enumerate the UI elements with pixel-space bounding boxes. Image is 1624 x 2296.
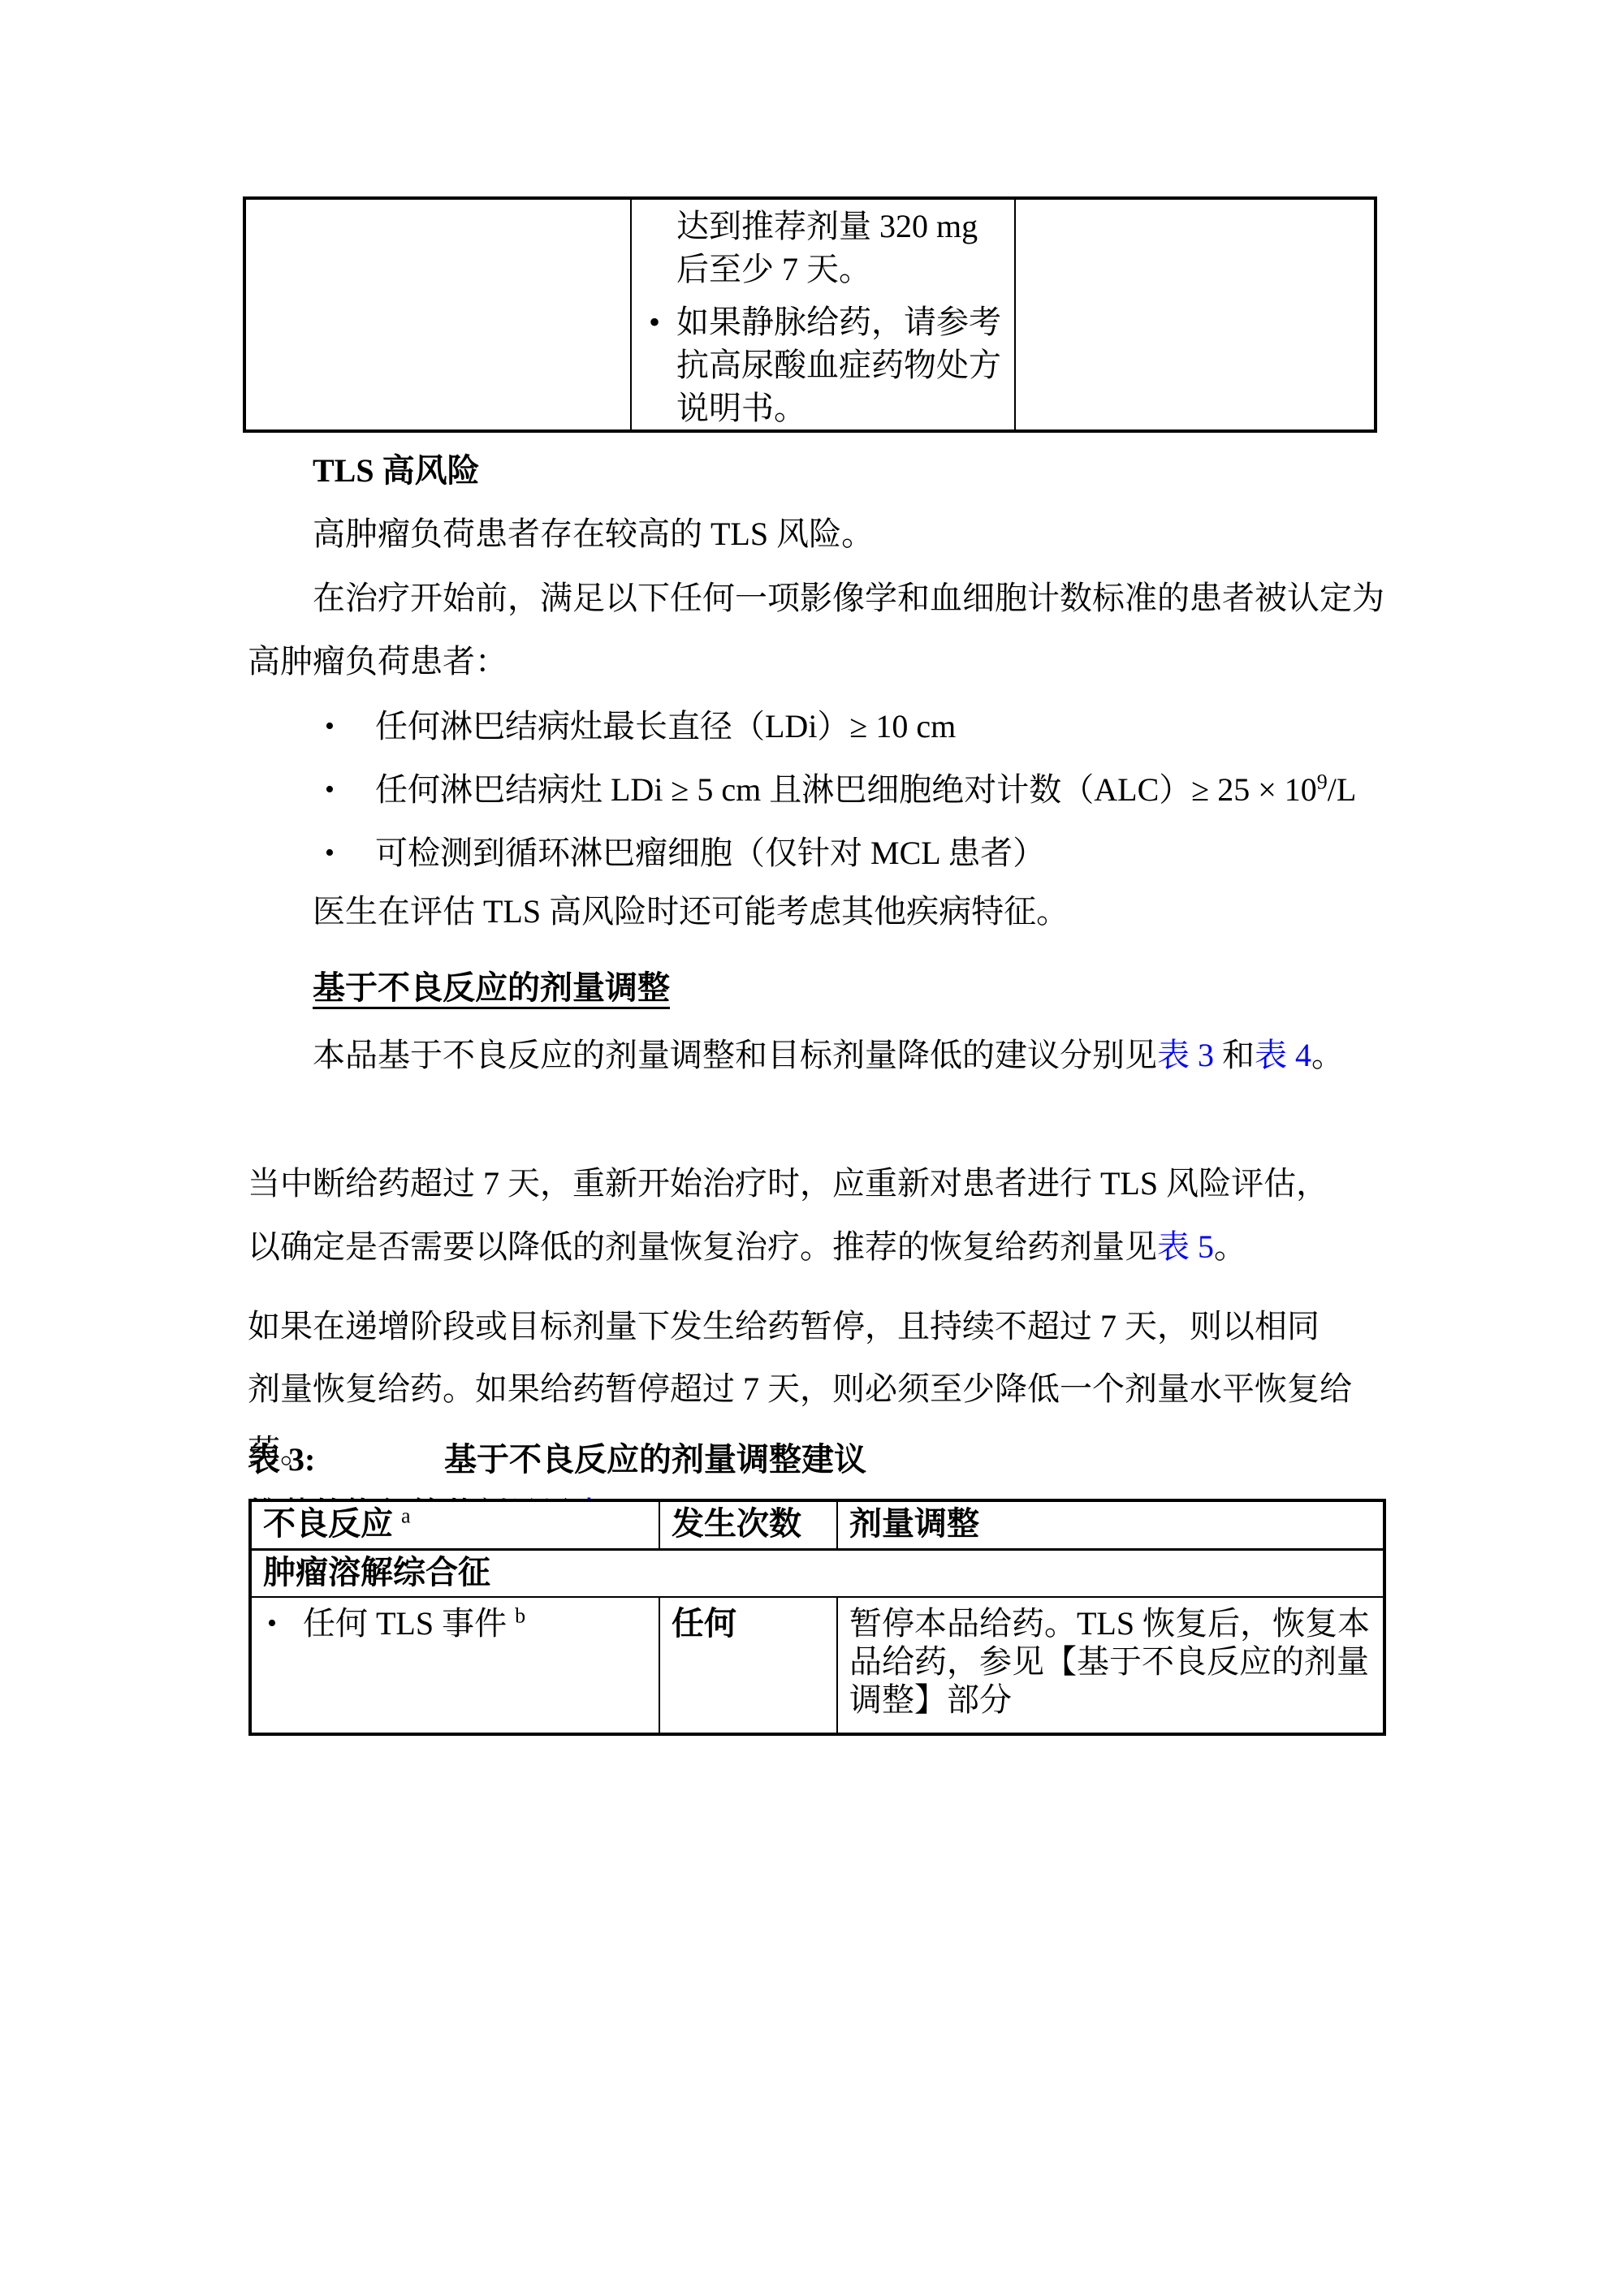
table-3-cell-occurrence: 任何	[659, 1597, 837, 1734]
continued-table-row: 达到推荐剂量 320 mg 后至少 7 天。 如果静脉给药，请参考 抗高尿酸血症…	[244, 198, 1376, 431]
cell-text: 任何 TLS 事件	[303, 1605, 515, 1642]
table-3-caption: 表 3:基于不良反应的剂量调整建议	[248, 1427, 1386, 1492]
document-page: 达到推荐剂量 320 mg 后至少 7 天。 如果静脉给药，请参考 抗高尿酸血症…	[0, 0, 1624, 2296]
footnote-a-marker: a	[401, 1504, 411, 1528]
footnote-b-marker: b	[515, 1604, 525, 1628]
exponent-9: 9	[1317, 770, 1328, 794]
dose-modification-heading: 基于不良反应的剂量调整	[248, 956, 1451, 1021]
iv-dosing-bullet: 如果静脉给药，请参考 抗高尿酸血症药物处方 说明书。	[647, 300, 1008, 429]
criteria-bullet-mcl: 可检测到循环淋巴瘤细胞（仅针对 MCL 患者）	[248, 822, 1386, 885]
table-3-cell-tls-event: 任何 TLS 事件 b	[250, 1597, 659, 1734]
table-3-subheader-tls: 肿瘤溶解综合征	[250, 1550, 1384, 1598]
table-3-subheader-row: 肿瘤溶解综合征	[250, 1550, 1384, 1598]
table-3-caption-title: 基于不良反应的剂量调整建议	[444, 1441, 866, 1478]
dose-modification-heading-text: 基于不良反应的剂量调整	[313, 969, 670, 1006]
tumor-burden-intro-paragraph: 高肿瘤负荷患者存在较高的 TLS 风险。	[248, 502, 1386, 567]
criteria-bullet-alc: 任何淋巴结病灶 LDi ≥ 5 cm 且淋巴细胞绝对计数（ALC）≥ 25 × …	[248, 758, 1386, 822]
tls-high-risk-heading: TLS 高风险	[248, 438, 1451, 503]
table-3-header-row: 不良反应 a 发生次数 剂量调整	[250, 1500, 1384, 1550]
table-3-header-adverse-reaction: 不良反应 a	[250, 1500, 659, 1550]
continued-table-cell-right	[1015, 198, 1376, 431]
table-3-header-occurrence: 发生次数	[659, 1500, 837, 1550]
criteria-bullet-list: 任何淋巴结病灶最长直径（LDi）≥ 10 cm 任何淋巴结病灶 LDi ≥ 5 …	[248, 695, 1386, 885]
criteria-bullet-ldi10: 任何淋巴结病灶最长直径（LDi）≥ 10 cm	[248, 695, 1386, 758]
criteria-bullet-text: 任何淋巴结病灶最长直径（LDi）≥ 10 cm	[375, 708, 956, 744]
continued-table-cell-left	[244, 198, 631, 431]
criteria-bullet-text: 任何淋巴结病灶 LDi ≥ 5 cm 且淋巴细胞绝对计数（ALC）≥ 25 × …	[375, 771, 1317, 808]
table-3-header-dose-modification: 剂量调整	[837, 1500, 1384, 1550]
table-3-caption-label: 表 3:	[248, 1427, 444, 1492]
dose-modification-intro-paragraph: 本品基于不良反应的剂量调整和目标剂量降低的建议分别见表 3 和表 4。	[248, 1023, 1386, 1088]
table-3: 不良反应 a 发生次数 剂量调整 肿瘤溶解综合征 任何 TLS 事件 b 任何 …	[248, 1499, 1386, 1736]
criteria-bullet-post: /L	[1328, 771, 1357, 808]
paragraph-text: 。	[1311, 1037, 1344, 1073]
header-text: 不良反应	[263, 1505, 401, 1542]
table-3-cell-action: 暂停本品给药。TLS 恢复后，恢复本 品给药，参见【基于不良反应的剂量 调整】部…	[837, 1597, 1384, 1734]
table-3-link[interactable]: 表 3	[1157, 1037, 1214, 1073]
dose-continuation-text: 达到推荐剂量 320 mg 后至少 7 天。	[647, 205, 1008, 291]
table-4-link[interactable]: 表 4	[1255, 1037, 1311, 1073]
paragraph-text: 本品基于不良反应的剂量调整和目标剂量降低的建议分别见	[313, 1037, 1157, 1073]
paragraph-text: 和	[1214, 1037, 1255, 1073]
criteria-bullet-text: 可检测到循环淋巴瘤细胞（仅针对 MCL 患者）	[375, 835, 1045, 871]
physician-assessment-note: 医生在评估 TLS 高风险时还可能考虑其他疾病特征。	[248, 879, 1386, 944]
high-tumor-burden-criteria-intro: 在治疗开始前，满足以下任何一项影像学和血细胞计数标准的患者被认定为 高肿瘤负荷患…	[248, 567, 1386, 693]
table-3-data-row: 任何 TLS 事件 b 任何 暂停本品给药。TLS 恢复后，恢复本 品给药，参见…	[250, 1597, 1384, 1734]
continued-table-cell-middle: 达到推荐剂量 320 mg 后至少 7 天。 如果静脉给药，请参考 抗高尿酸血症…	[631, 198, 1015, 431]
tls-event-bullet: 任何 TLS 事件 b	[263, 1604, 650, 1642]
continued-dose-table: 达到推荐剂量 320 mg 后至少 7 天。 如果静脉给药，请参考 抗高尿酸血症…	[243, 196, 1377, 433]
